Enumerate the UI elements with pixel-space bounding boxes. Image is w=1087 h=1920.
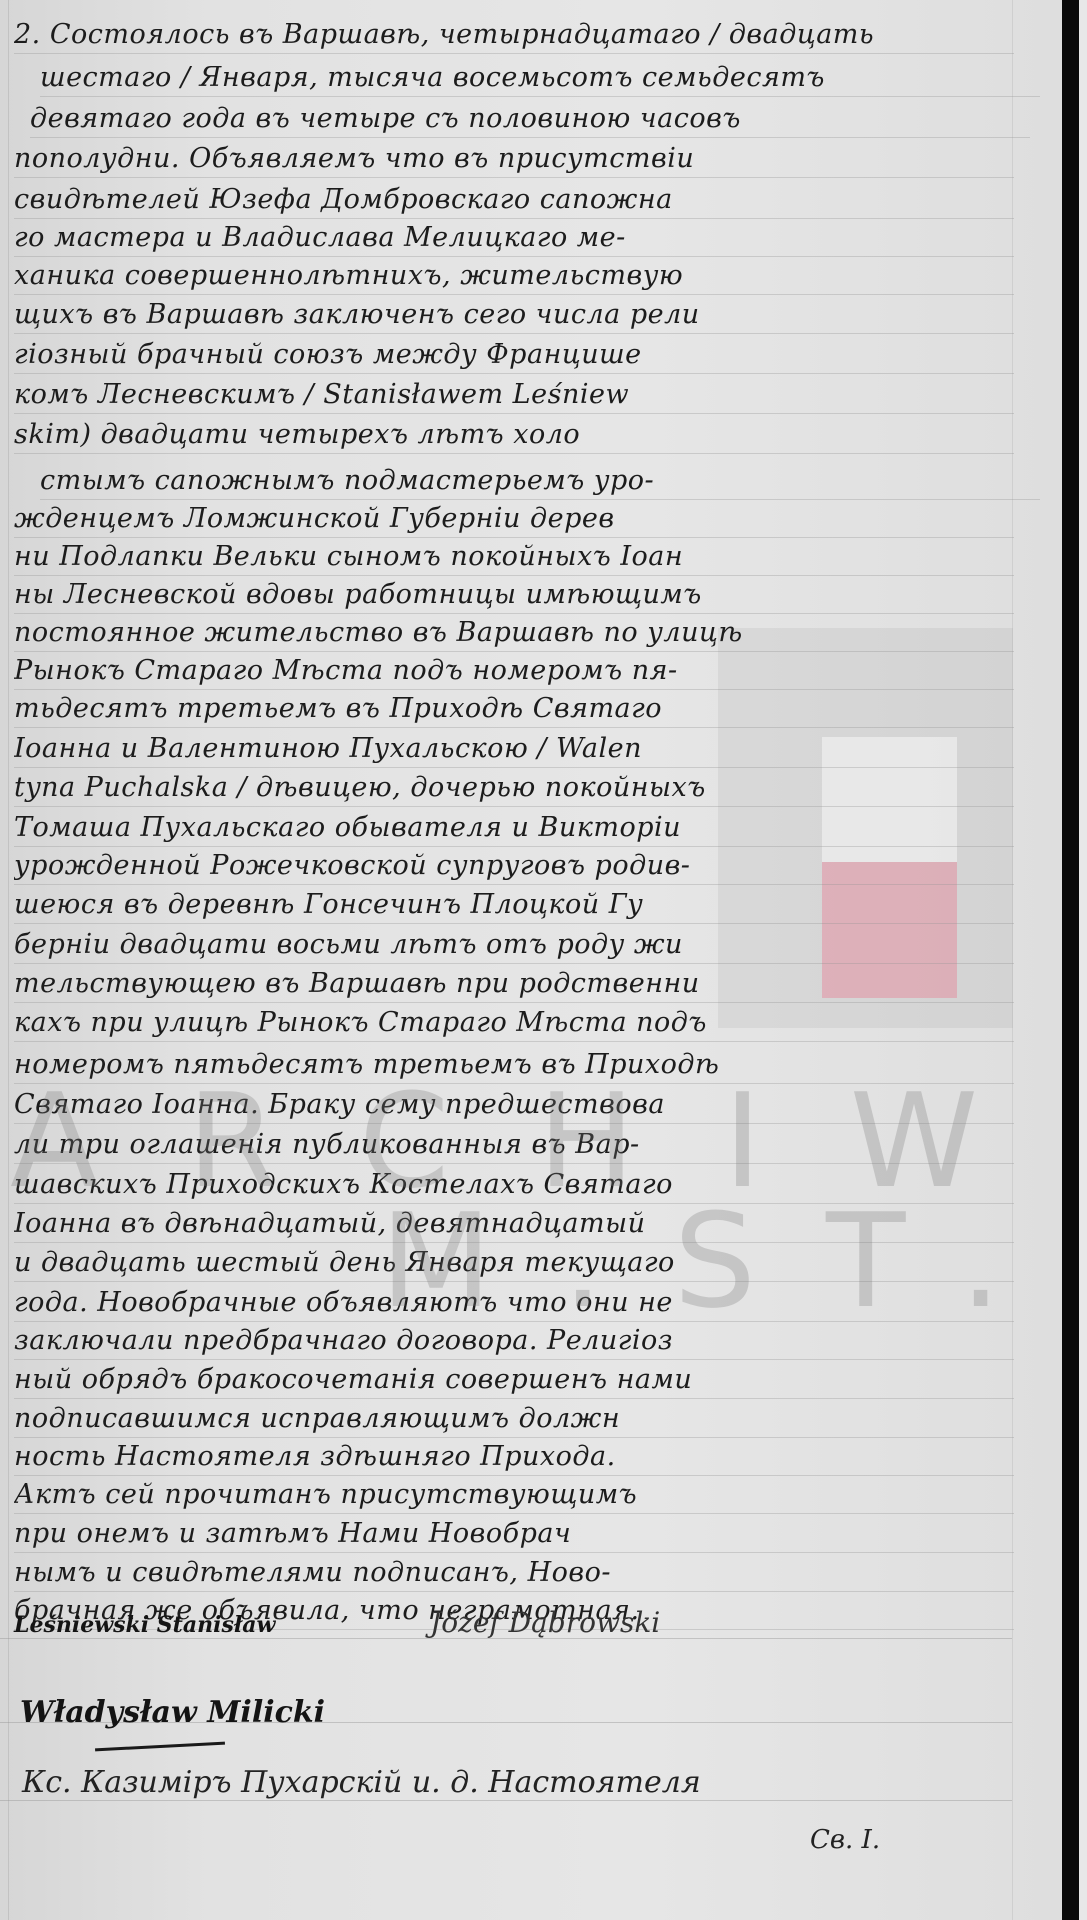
signature-rule bbox=[0, 1800, 1012, 1801]
text-line: 2. Состоялось въ Варшавѣ, четырнадцатаго… bbox=[14, 12, 1014, 58]
signature-witness-1: Józef Dąbrowski bbox=[430, 1606, 660, 1639]
entry-number: 2. bbox=[14, 19, 41, 50]
signature-priest-suffix: Св. І. bbox=[810, 1825, 880, 1855]
text-line: шестаго / Января, тысяча восемьсотъ семь… bbox=[40, 55, 1040, 101]
signature-witness-2: Władysław Milicki bbox=[20, 1695, 325, 1730]
scan-edge-bar bbox=[1062, 0, 1079, 1920]
text-line: пополудни. Объявляемъ что въ присутствіи bbox=[14, 136, 1014, 182]
text-line: кахъ при улицѣ Рынокъ Стараго Мѣста подъ bbox=[14, 1000, 1014, 1046]
document-page: 2. Состоялось въ Варшавѣ, четырнадцатаго… bbox=[0, 0, 1062, 1920]
text-line: skim) двадцати четырехъ лѣтъ холо bbox=[14, 412, 1014, 458]
signature-flourish bbox=[95, 1742, 225, 1752]
signature-priest: Кс. Казиміръ Пухарскій и. д. Настоятеля bbox=[22, 1765, 701, 1800]
left-margin-rule bbox=[8, 0, 9, 1920]
scan-edge-strip bbox=[1079, 0, 1087, 1920]
signature-groom: Leśniewski Stanisław bbox=[14, 1612, 276, 1638]
